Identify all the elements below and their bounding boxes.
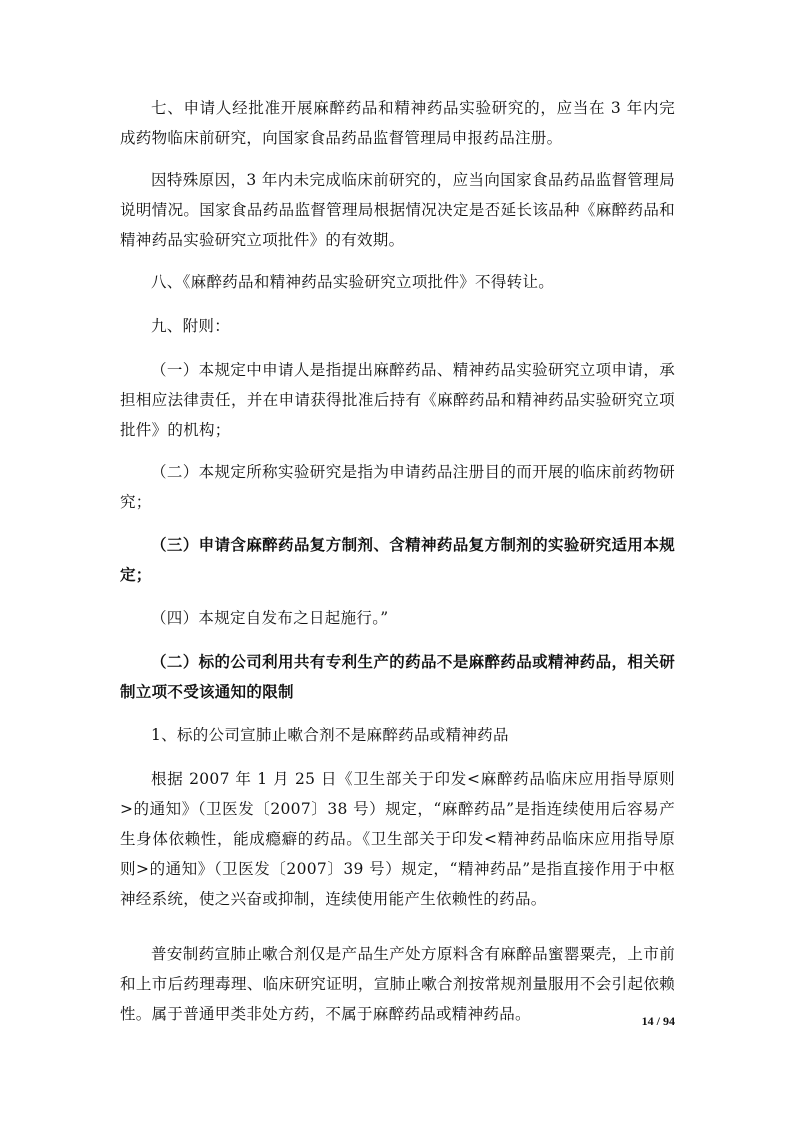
paragraph-article-9: 九、附则： bbox=[120, 311, 675, 341]
paragraph-clause-1: （一）本规定中申请人是指提出麻醉药品、精神药品实验研究立项申请，承担相应法律责任… bbox=[120, 355, 675, 445]
paragraph-clause-2: （二）本规定所称实验研究是指为申请药品注册目的而开展的临床前药物研究； bbox=[120, 457, 675, 517]
paragraph-product: 普安制药宣肺止嗽合剂仅是产品生产处方原料含有麻醉品蜜罂粟壳，上市前和上市后药理毒… bbox=[120, 939, 675, 1029]
subsection-heading-1: 1、标的公司宣肺止嗽合剂不是麻醉药品或精神药品 bbox=[120, 720, 675, 750]
paragraph-article-8: 八、《麻醉药品和精神药品实验研究立项批件》不得转让。 bbox=[120, 267, 675, 297]
paragraph-clause-4: （四）本规定自发布之日起施行。” bbox=[120, 603, 675, 633]
page-number: 14 / 94 bbox=[630, 1014, 675, 1029]
paragraph-clause-3: （三）申请含麻醉药品复方制剂、含精神药品复方制剂的实验研究适用本规定； bbox=[120, 530, 675, 590]
section-heading-2: （二）标的公司利用共有专利生产的药品不是麻醉药品或精神药品，相关研制立项不受该通… bbox=[120, 647, 675, 707]
document-page: 七、申请人经批准开展麻醉药品和精神药品实验研究的，应当在 3 年内完成药物临床前… bbox=[0, 0, 793, 1122]
paragraph-special-reasons: 因特殊原因，3 年内未完成临床前研究的，应当向国家食品药品监督管理局说明情况。国… bbox=[120, 165, 675, 255]
paragraph-definitions: 根据 2007 年 1 月 25 日《卫生部关于印发<麻醉药品临床应用指导原则>… bbox=[120, 764, 675, 914]
paragraph-article-7: 七、申请人经批准开展麻醉药品和精神药品实验研究的，应当在 3 年内完成药物临床前… bbox=[120, 93, 675, 153]
